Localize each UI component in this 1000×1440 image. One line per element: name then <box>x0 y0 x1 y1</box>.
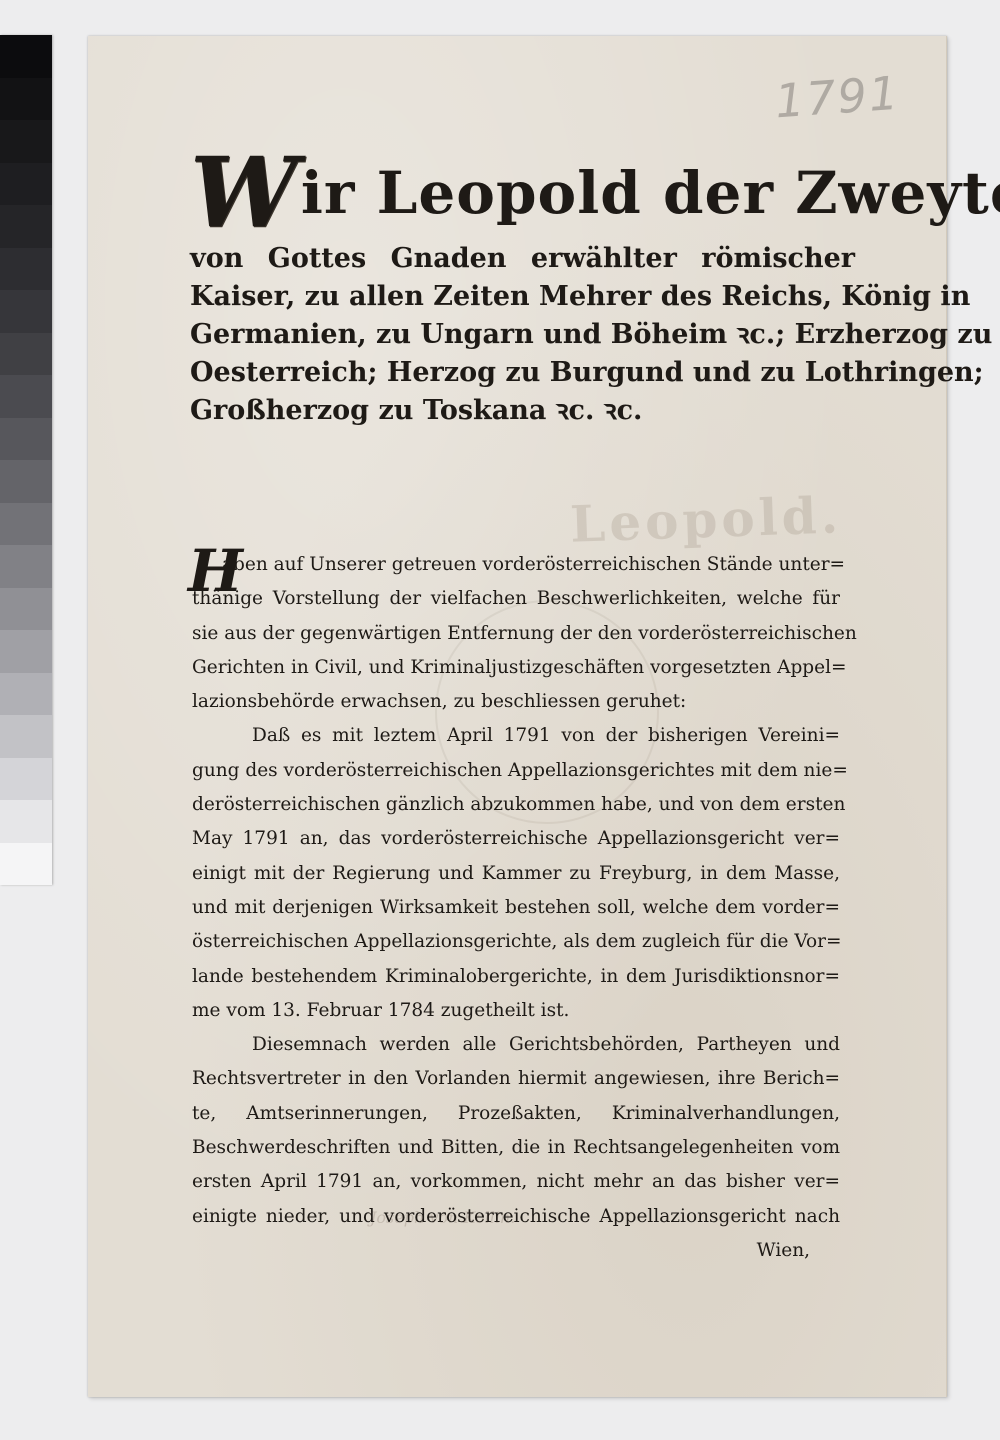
paragraph-1: H aben auf Unserer getreuen vorderösterr… <box>192 548 840 719</box>
gray-step <box>0 843 52 886</box>
body-line: einigte nieder, und vorderösterreichisch… <box>192 1200 840 1234</box>
body-line: ersten April 1791 an, vorkommen, nicht m… <box>192 1165 840 1199</box>
body-line: Beschwerdeschriften und Bitten, die in R… <box>192 1131 840 1165</box>
paragraph-3: Diesemnach werden alle Gerichtsbehörden,… <box>192 1028 840 1234</box>
paragraph-2: Daß es mit leztem April 1791 von der bis… <box>192 719 840 1028</box>
body-line: österreichischen Appellazionsgerichte, a… <box>192 925 840 959</box>
gray-step <box>0 460 52 503</box>
body-line: me vom 13. Februar 1784 zugetheilt ist. <box>192 994 840 1028</box>
gray-step <box>0 205 52 248</box>
gray-step <box>0 375 52 418</box>
gray-step <box>0 35 52 78</box>
gray-step <box>0 545 52 588</box>
decree-body: H aben auf Unserer getreuen vorderösterr… <box>192 548 840 1268</box>
gray-step <box>0 800 52 843</box>
body-line: und mit derjenigen Wirksamkeit bestehen … <box>192 891 840 925</box>
body-line: te, Amtserinnerungen, Prozeßakten, Krimi… <box>192 1097 840 1131</box>
subtitle-line: Germanien, zu Ungarn und Böheim ꝛc.; Erz… <box>190 316 855 354</box>
title-text: ir Leopold der Zweyte, <box>301 148 1000 238</box>
grayscale-calibration-strip <box>0 35 52 885</box>
body-line: aben auf Unserer getreuen vorderösterrei… <box>192 548 840 582</box>
gray-step <box>0 630 52 673</box>
gray-step <box>0 758 52 801</box>
body-line: Rechtsvertreter in den Vorlanden hiermit… <box>192 1062 840 1096</box>
body-line: sie aus der gegenwärtigen Entfernung der… <box>192 617 840 651</box>
subtitle-line: Kaiser, zu allen Zeiten Mehrer des Reich… <box>190 278 855 316</box>
titles-of-emperor: von Gottes Gnaden erwählter römischer Ka… <box>190 240 855 430</box>
ornamental-initial-w: W <box>190 148 299 238</box>
body-line: lazionsbehörde erwachsen, zu beschliesse… <box>192 685 840 719</box>
gray-step <box>0 120 52 163</box>
body-line: gung des vorderösterreichischen Appellaz… <box>192 754 840 788</box>
subtitle-line: von Gottes Gnaden erwählter römischer <box>190 240 855 278</box>
gray-step <box>0 588 52 631</box>
body-line: lande bestehendem Kriminalobergerichte, … <box>192 960 840 994</box>
subtitle-line: Oesterreich; Herzog zu Burgund und zu Lo… <box>190 354 855 392</box>
body-line: Daß es mit leztem April 1791 von der bis… <box>192 719 840 753</box>
gray-step <box>0 290 52 333</box>
decree-heading: W ir Leopold der Zweyte, von Gottes Gnad… <box>190 148 855 430</box>
drop-cap-h: H <box>188 542 243 600</box>
gray-step <box>0 715 52 758</box>
bleedthrough-text: Leopold. <box>569 485 843 553</box>
body-line: einigt mit der Regierung und Kammer zu F… <box>192 857 840 891</box>
pencil-year-annotation: 1791 <box>773 66 902 129</box>
gray-step <box>0 673 52 716</box>
body-line: Gerichten in Civil, und Kriminaljustizge… <box>192 651 840 685</box>
decree-title: W ir Leopold der Zweyte, <box>190 148 855 238</box>
gray-step <box>0 78 52 121</box>
gray-step <box>0 248 52 291</box>
body-line: thänige Vorstellung der vielfachen Besch… <box>192 582 840 616</box>
catchword: Wien, <box>192 1234 840 1268</box>
body-line: Diesemnach werden alle Gerichtsbehörden,… <box>192 1028 840 1062</box>
body-line: May 1791 an, das vorderösterreichische A… <box>192 822 840 856</box>
gray-step <box>0 163 52 206</box>
gray-step <box>0 333 52 376</box>
subtitle-line: Großherzog zu Toskana ꝛc. ꝛc. <box>190 392 855 430</box>
gray-step <box>0 503 52 546</box>
body-line: derösterreichischen gänzlich abzukommen … <box>192 788 840 822</box>
gray-step <box>0 418 52 461</box>
